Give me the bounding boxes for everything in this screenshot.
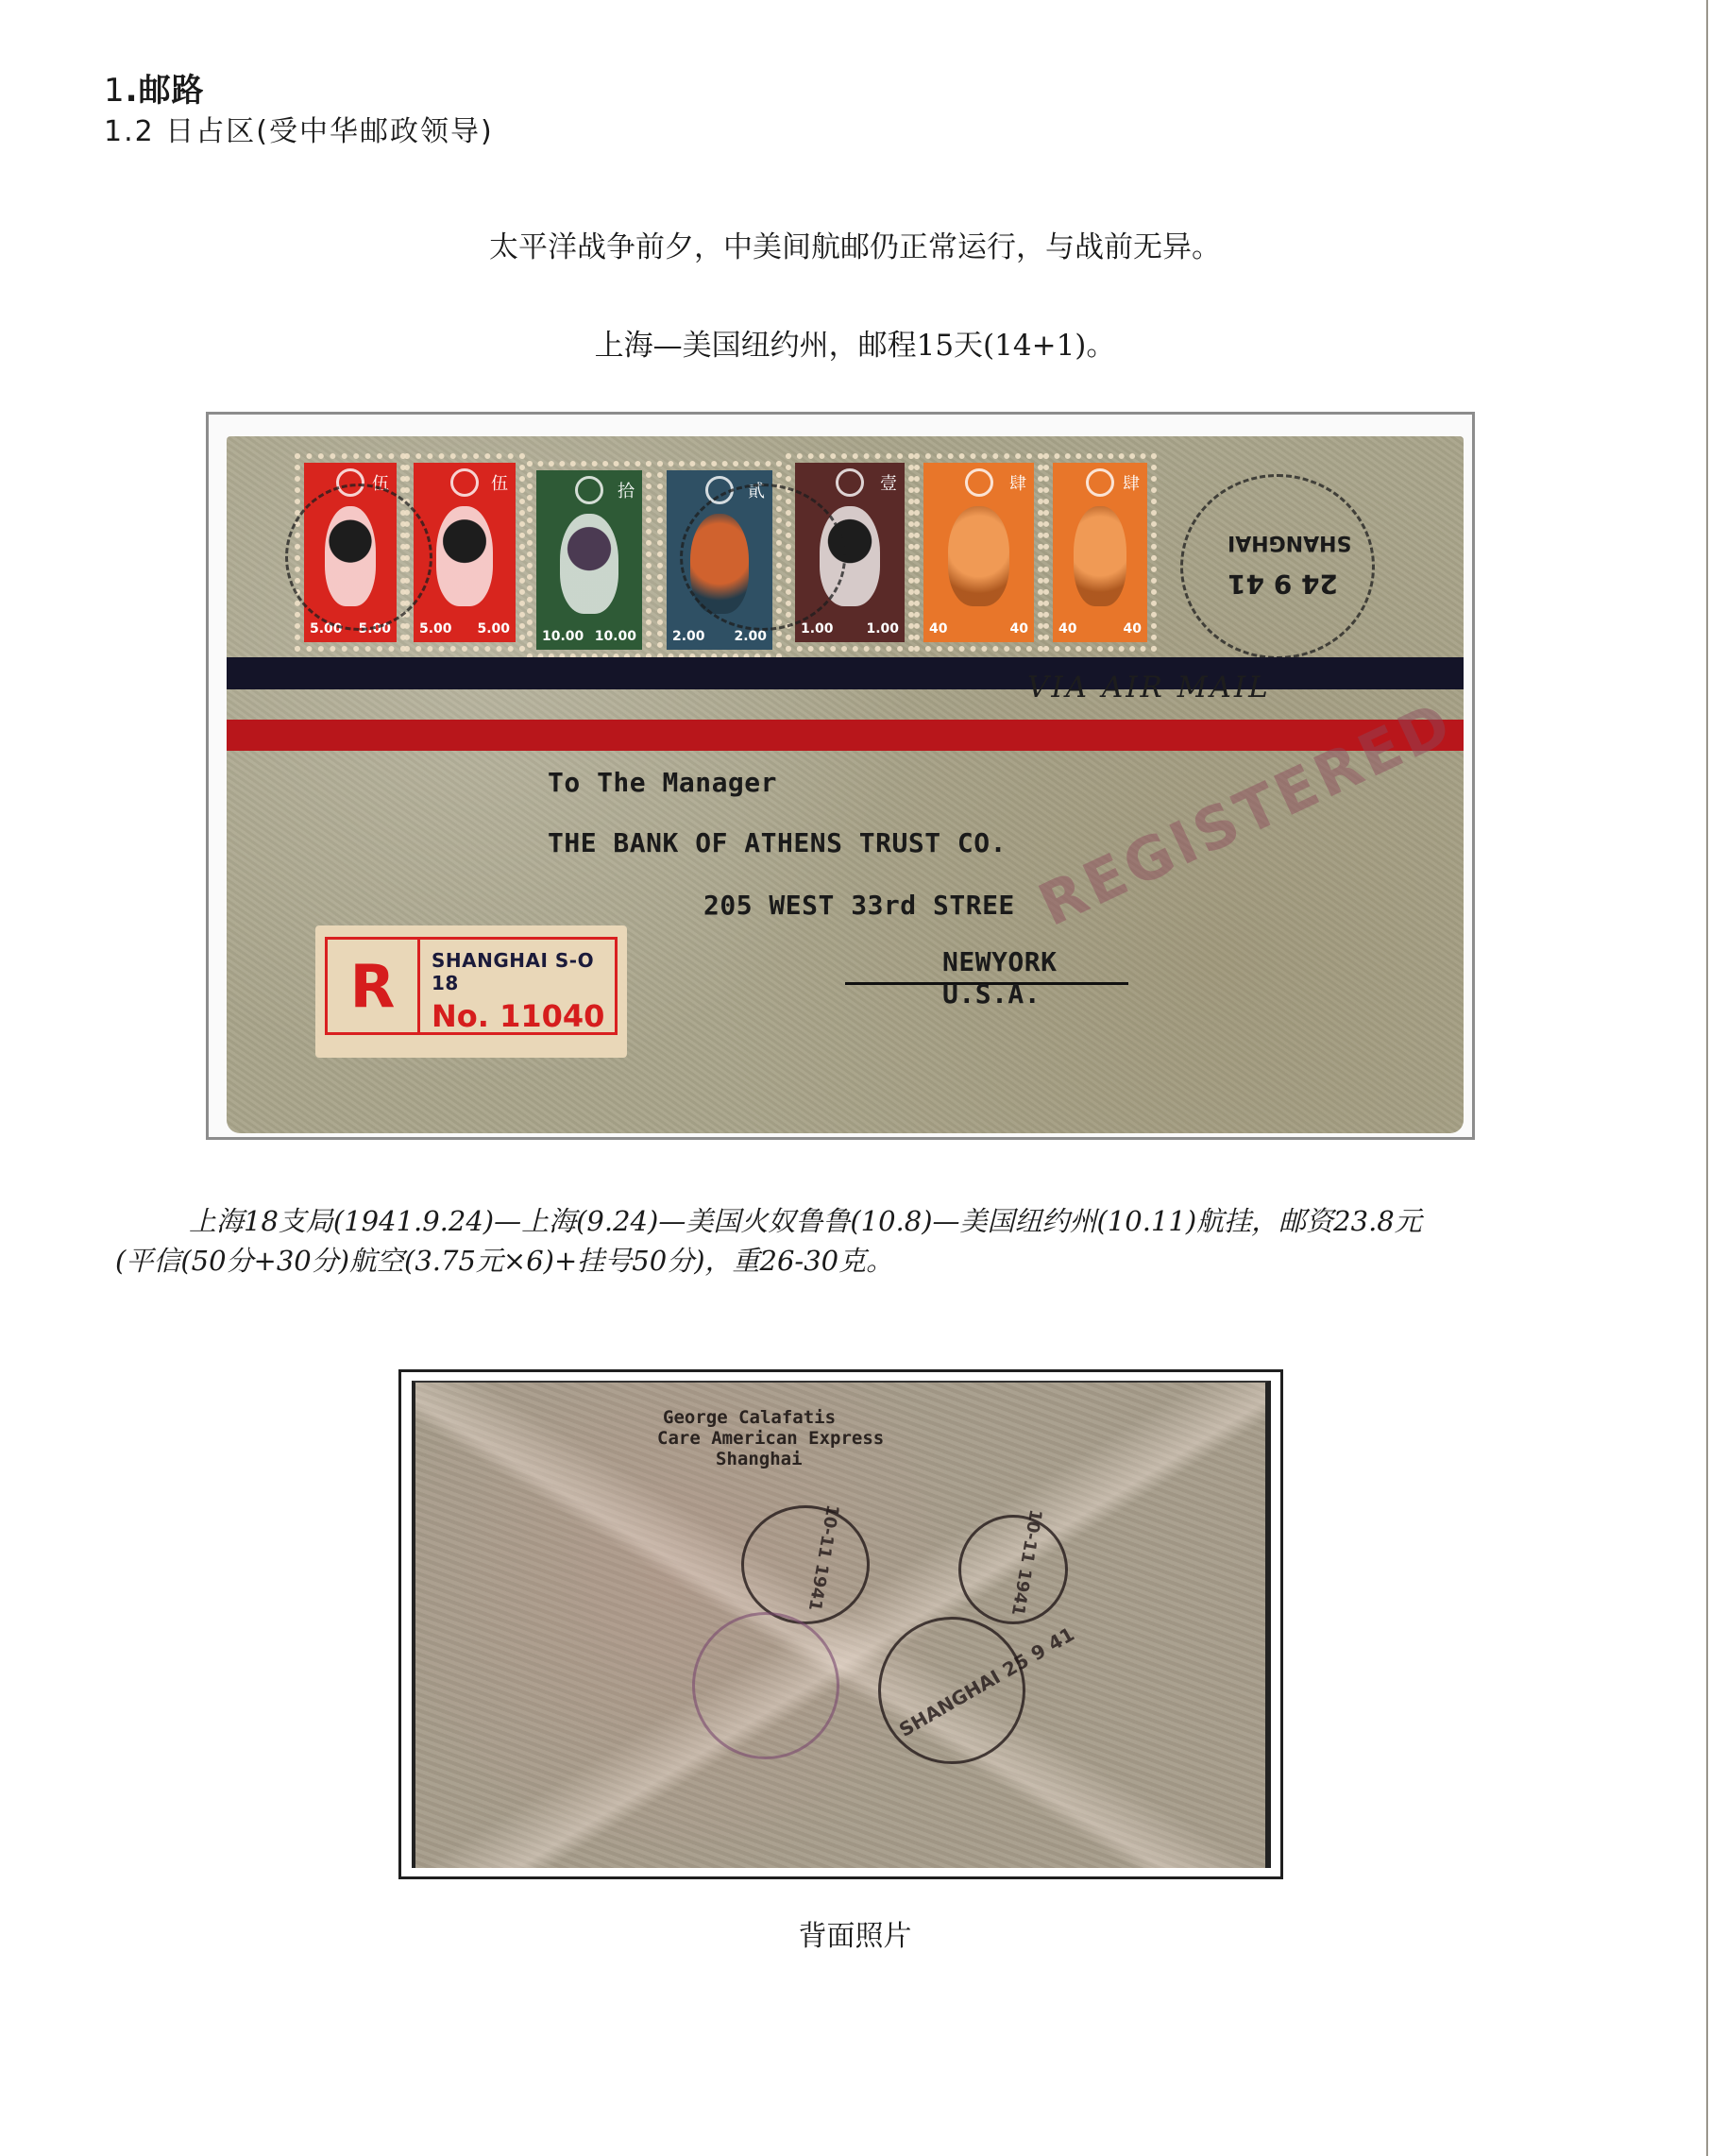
stamp-denomination-char: 壹 bbox=[880, 470, 897, 495]
section-title: 邮路 bbox=[139, 72, 205, 110]
stamp-value: 2.00 bbox=[672, 629, 705, 644]
stamp-value: 10.00 bbox=[595, 629, 636, 644]
stamp-denomination-char: 拾 bbox=[618, 478, 635, 502]
postage-stamp: 4040肆 bbox=[914, 453, 1043, 652]
caption-line-1: 上海18支局(1941.9.24)—上海(9.24)—美国火奴鲁鲁(10.8)—… bbox=[189, 1205, 1422, 1237]
registration-label: R SHANGHAI S-O 18 No. 11040 bbox=[315, 925, 627, 1058]
caption-line-2: (平信(50分+30分)航空(3.75元×6)+挂号50分)，重26-30克。 bbox=[115, 1241, 1591, 1281]
stamp-denomination-char: 肆 bbox=[1009, 470, 1026, 495]
registration-office: SHANGHAI S-O 18 bbox=[432, 949, 605, 994]
subsection-heading: 1.2 日占区(受中华邮政领导) bbox=[104, 108, 494, 149]
postage-stamp: 4040肆 bbox=[1043, 453, 1157, 652]
airmail-stripe-red bbox=[227, 720, 1464, 751]
stamp-value: 40 bbox=[929, 621, 947, 637]
stamp-value: 1.00 bbox=[866, 621, 899, 637]
stamp-denomination-char: 伍 bbox=[491, 470, 508, 495]
sender-line-3: Shanghai bbox=[716, 1449, 803, 1469]
address-line-4: NEWYORK bbox=[942, 946, 1058, 977]
intro-line-2: 上海—美国纽约州，邮程15天(14+1)。 bbox=[0, 321, 1710, 364]
back-cover-envelope: George Calafatis Care American Express S… bbox=[412, 1381, 1271, 1868]
stamp-value: 40 bbox=[1124, 621, 1142, 637]
sun-emblem-icon bbox=[1086, 468, 1114, 497]
postmark-middle bbox=[680, 484, 846, 631]
route-caption: 上海18支局(1941.9.24)—上海(9.24)—美国火奴鲁鲁(10.8)—… bbox=[118, 1201, 1591, 1281]
stamp-value: 5.00 bbox=[419, 621, 452, 637]
address-line-2: THE BANK OF ATHENS TRUST CO. bbox=[548, 827, 1007, 858]
section-heading: 1.邮路 bbox=[104, 64, 205, 110]
stamp-value: 2.00 bbox=[734, 629, 767, 644]
postmark-left bbox=[285, 484, 432, 631]
sender-line-2: Care American Express bbox=[657, 1428, 884, 1449]
stamp-value: 1.00 bbox=[801, 621, 834, 637]
postmark-city: SHANGHAI bbox=[1227, 531, 1351, 554]
stamp-value: 10.00 bbox=[542, 629, 584, 644]
stamp-value: 40 bbox=[1010, 621, 1028, 637]
via-air-mail-label: VIA AIR MAIL bbox=[1027, 671, 1271, 705]
sun-emblem-icon bbox=[836, 468, 864, 497]
section-number: 1 bbox=[104, 72, 126, 110]
sun-emblem-icon bbox=[965, 468, 993, 497]
sun-emblem-icon bbox=[575, 476, 603, 504]
portrait bbox=[560, 514, 619, 614]
postmark-right bbox=[1180, 474, 1375, 659]
intro-line-1: 太平洋战争前夕，中美间航邮仍正常运行，与战前无异。 bbox=[0, 223, 1710, 265]
postage-stamp: 10.0010.00拾 bbox=[527, 461, 652, 659]
address-line-1: To The Manager bbox=[548, 767, 777, 798]
address-line-3: 205 WEST 33rd STREE bbox=[703, 890, 1015, 921]
address-line-5: U.S.A. bbox=[942, 978, 1041, 1010]
backstamp-purple bbox=[692, 1612, 839, 1759]
registration-number: No. 11040 bbox=[432, 998, 605, 1034]
stamp-denomination-char: 肆 bbox=[1123, 470, 1140, 495]
portrait bbox=[948, 506, 1010, 606]
front-cover-envelope: 5.005.00伍5.005.00伍10.0010.00拾2.002.00貳1.… bbox=[227, 436, 1464, 1133]
registration-letter: R bbox=[328, 940, 420, 1032]
sun-emblem-icon bbox=[450, 468, 479, 497]
stamp-value: 40 bbox=[1058, 621, 1076, 637]
portrait bbox=[1074, 506, 1126, 606]
airmail-stripe-dark bbox=[227, 657, 1464, 689]
stamp-value: 5.00 bbox=[477, 621, 510, 637]
portrait bbox=[436, 506, 493, 606]
back-photo-caption: 背面照片 bbox=[0, 1912, 1710, 1954]
postmark-date: 24 9 41 bbox=[1227, 569, 1338, 600]
sender-line-1: George Calafatis bbox=[663, 1407, 836, 1428]
